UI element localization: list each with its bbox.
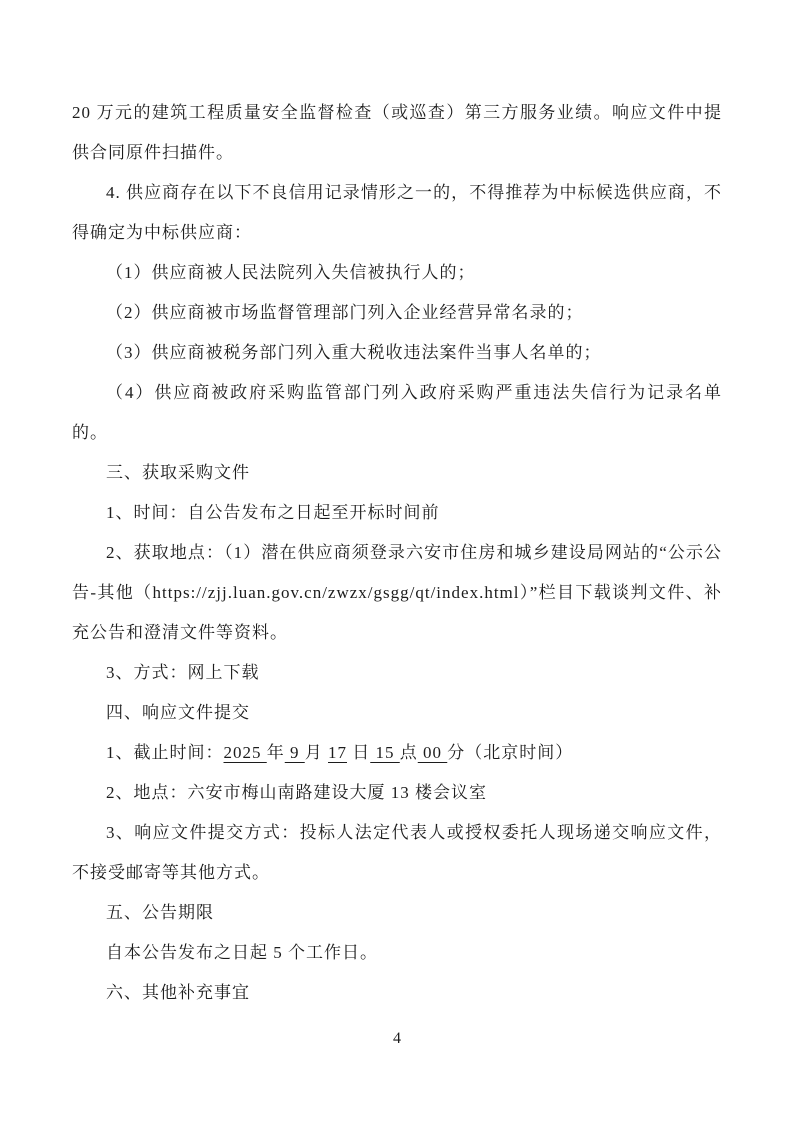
paragraph-announcement-period: 自本公告发布之日起 5 个工作日。 bbox=[72, 933, 722, 973]
deadline-minute-blank: 00 bbox=[418, 743, 448, 762]
deadline-month-unit: 月 bbox=[305, 743, 328, 762]
paragraph-obtain-time: 1、时间：自公告发布之日起至开标时间前 bbox=[72, 493, 722, 533]
paragraph-submission-method: 3、响应文件提交方式：投标人法定代表人或授权委托人现场递交响应文件，不接受邮寄等… bbox=[72, 813, 722, 893]
paragraph-obtain-location: 2、获取地点：（1）潜在供应商须登录六安市住房和城乡建设局网站的“公示公告-其他… bbox=[72, 533, 722, 653]
deadline-month-blank: 9 bbox=[285, 743, 305, 762]
page-content: 20 万元的建筑工程质量安全监督检查（或巡查）第三方服务业绩。响应文件中提供合同… bbox=[72, 93, 722, 1013]
deadline-year-blank: 2025 bbox=[224, 743, 267, 762]
deadline-day-unit: 日 bbox=[347, 743, 370, 762]
paragraph-submission-deadline: 1、截止时间：2025 年 9 月 17 日 15 点 00 分（北京时间） bbox=[72, 733, 722, 773]
page-number: 4 bbox=[0, 1030, 794, 1048]
paragraph-credit-item-2: （2）供应商被市场监督管理部门列入企业经营异常名录的； bbox=[72, 293, 722, 333]
deadline-minute-unit: 分 bbox=[447, 743, 465, 762]
paragraph-credit-item-4: （4）供应商被政府采购监管部门列入政府采购严重违法失信行为记录名单的。 bbox=[72, 373, 722, 453]
deadline-year-unit: 年 bbox=[267, 743, 285, 762]
document-page: 20 万元的建筑工程质量安全监督检查（或巡查）第三方服务业绩。响应文件中提供合同… bbox=[0, 0, 794, 1123]
paragraph-performance-requirement: 20 万元的建筑工程质量安全监督检查（或巡查）第三方服务业绩。响应文件中提供合同… bbox=[72, 93, 722, 173]
paragraph-credit-item-1: （1）供应商被人民法院列入失信被执行人的； bbox=[72, 253, 722, 293]
paragraph-obtain-method: 3、方式：网上下载 bbox=[72, 653, 722, 693]
section-heading-obtain-documents: 三、获取采购文件 bbox=[72, 453, 722, 493]
deadline-hour-blank: 15 bbox=[370, 743, 400, 762]
paragraph-credit-item-3: （3）供应商被税务部门列入重大税收违法案件当事人名单的； bbox=[72, 333, 722, 373]
section-heading-other-matters: 六、其他补充事宜 bbox=[72, 973, 722, 1013]
deadline-label: 1、截止时间： bbox=[106, 743, 224, 762]
deadline-day-blank: 17 bbox=[328, 743, 347, 762]
deadline-timezone: （北京时间） bbox=[465, 743, 573, 762]
section-heading-response-submission: 四、响应文件提交 bbox=[72, 693, 722, 733]
deadline-hour-unit: 点 bbox=[400, 743, 418, 762]
section-heading-announcement-period: 五、公告期限 bbox=[72, 893, 722, 933]
paragraph-bad-credit-intro: 4. 供应商存在以下不良信用记录情形之一的，不得推荐为中标候选供应商，不得确定为… bbox=[72, 173, 722, 253]
paragraph-submission-location: 2、地点：六安市梅山南路建设大厦 13 楼会议室 bbox=[72, 773, 722, 813]
